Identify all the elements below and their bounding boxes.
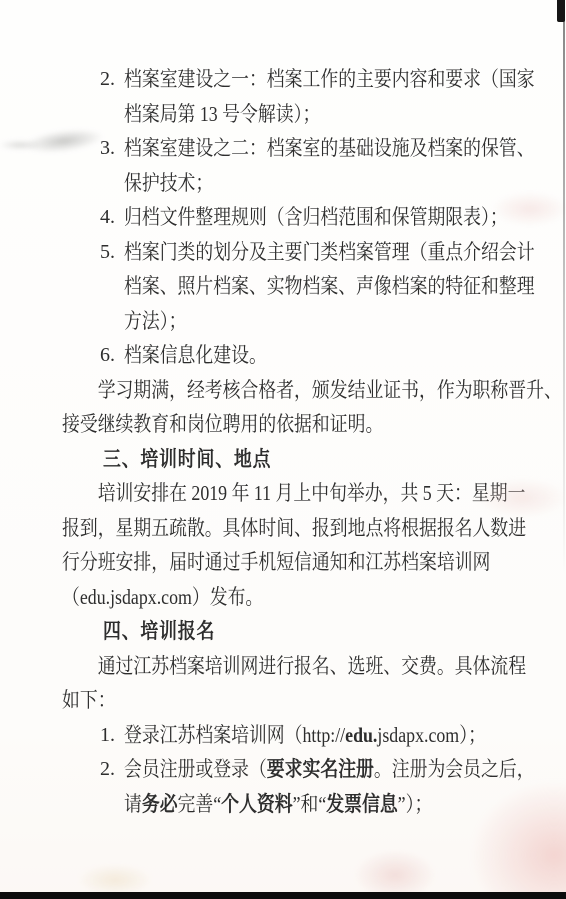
paragraph-certificate: 学习期满，经考核合格者，颁发结业证书，作为职称晋升、 接受继续教育和岗位聘用的依… (62, 373, 552, 442)
text-line: 档案门类的划分及主要门类档案管理（重点介绍会计 (124, 235, 535, 270)
text-line: 接受继续教育和岗位聘用的依据和证明。 (62, 407, 479, 442)
text-run-bold: 个人资料 (221, 792, 292, 816)
text-run: 。注册为会员之后， (374, 757, 535, 781)
text-line: 档案室建设之一：档案工作的主要内容和要求（国家 (124, 62, 535, 97)
text-run: jsdapx.com）； (377, 723, 486, 747)
text-line: 保护技术； (124, 166, 535, 201)
text-line: 档案局第 13 号令解读）； (124, 97, 535, 132)
paragraph-signup: 通过江苏档案培训网进行报名、选班、交费。具体流程 如下： (62, 649, 552, 718)
text-line: 请务必完善“个人资料”和“发票信息”）； (124, 787, 535, 822)
scan-corner-mark (557, 0, 565, 22)
list-item-number: 1. (100, 718, 124, 753)
text-line: 档案室建设之二：档案室的基础设施及档案的保管、 (124, 131, 535, 166)
text-line: 培训安排在 2019 年 11 月上中旬举办，共 5 天：星期一 (62, 476, 479, 511)
paragraph-time: 培训安排在 2019 年 11 月上中旬举办，共 5 天：星期一 报到，星期五疏… (62, 476, 552, 614)
list-item-number: 6. (100, 338, 124, 373)
section-heading-time-place: 三、培训时间、地点 (103, 442, 485, 477)
list-item: 5. 档案门类的划分及主要门类档案管理（重点介绍会计 档案、照片档案、实物档案、… (100, 235, 552, 339)
list-item-number: 4. (100, 200, 124, 235)
page-bottom-edge-bar (0, 892, 566, 899)
text-line: 会员注册或登录（要求实名注册。注册为会员之后， (124, 752, 535, 787)
page-right-edge-shadow (563, 0, 565, 575)
text-line: 通过江苏档案培训网进行报名、选班、交费。具体流程 (62, 649, 479, 684)
text-run-bold: 务必 (142, 792, 178, 816)
list-item: 3. 档案室建设之二：档案室的基础设施及档案的保管、 保护技术； (100, 131, 552, 200)
list-item-number: 2. (100, 62, 124, 131)
text-line: 行分班安排，届时通过手机短信通知和江苏档案培训网 (62, 545, 479, 580)
scan-smudge-pink (80, 865, 150, 895)
text-run-bold: edu. (345, 723, 377, 747)
text-run: ”和“ (293, 792, 327, 816)
text-line: 档案信息化建设。 (124, 338, 267, 373)
list-item-number: 5. (100, 235, 124, 339)
list-item: 6. 档案信息化建设。 (100, 338, 552, 373)
text-run: 会员注册或登录（ (124, 757, 267, 781)
list-item: 4. 归档文件整理规则（含归档范围和保管期限表）； (100, 200, 552, 235)
section-heading-signup: 四、培训报名 (103, 614, 485, 649)
text-line: 报到，星期五疏散。具体时间、报到地点将根据报名人数进 (62, 511, 479, 546)
list-item: 2. 会员注册或登录（要求实名注册。注册为会员之后， 请务必完善“个人资料”和“… (100, 752, 552, 821)
text-line: （edu.jsdapx.com）发布。 (62, 580, 479, 615)
text-line: 登录江苏档案培训网（http://edu.jsdapx.com）； (124, 718, 486, 753)
text-run: ”）； (398, 792, 433, 816)
list-item: 2. 档案室建设之一：档案工作的主要内容和要求（国家 档案局第 13 号令解读）… (100, 62, 552, 131)
list-item-number: 3. (100, 131, 124, 200)
scanned-document-page: 2. 档案室建设之一：档案工作的主要内容和要求（国家 档案局第 13 号令解读）… (0, 0, 566, 899)
text-run: 登录江苏档案培训网（http:// (124, 723, 345, 747)
list-item: 1. 登录江苏档案培训网（http://edu.jsdapx.com）； (100, 718, 552, 753)
text-run-bold: 发票信息 (326, 792, 397, 816)
document-body: 2. 档案室建设之一：档案工作的主要内容和要求（国家 档案局第 13 号令解读）… (62, 62, 552, 821)
text-line: 如下： (62, 683, 479, 718)
text-line: 学习期满，经考核合格者，颁发结业证书，作为职称晋升、 (62, 373, 479, 408)
text-run: 请 (124, 792, 142, 816)
text-line: 档案、照片档案、实物档案、声像档案的特征和整理 (124, 269, 535, 304)
text-run: 完善“ (178, 792, 222, 816)
list-item-number: 2. (100, 752, 124, 821)
text-line: 方法）； (124, 304, 535, 339)
text-run-bold: 要求实名注册 (267, 757, 374, 781)
scan-smudge-gray (0, 140, 40, 150)
text-line: 归档文件整理规则（含归档范围和保管期限表）； (124, 200, 508, 235)
